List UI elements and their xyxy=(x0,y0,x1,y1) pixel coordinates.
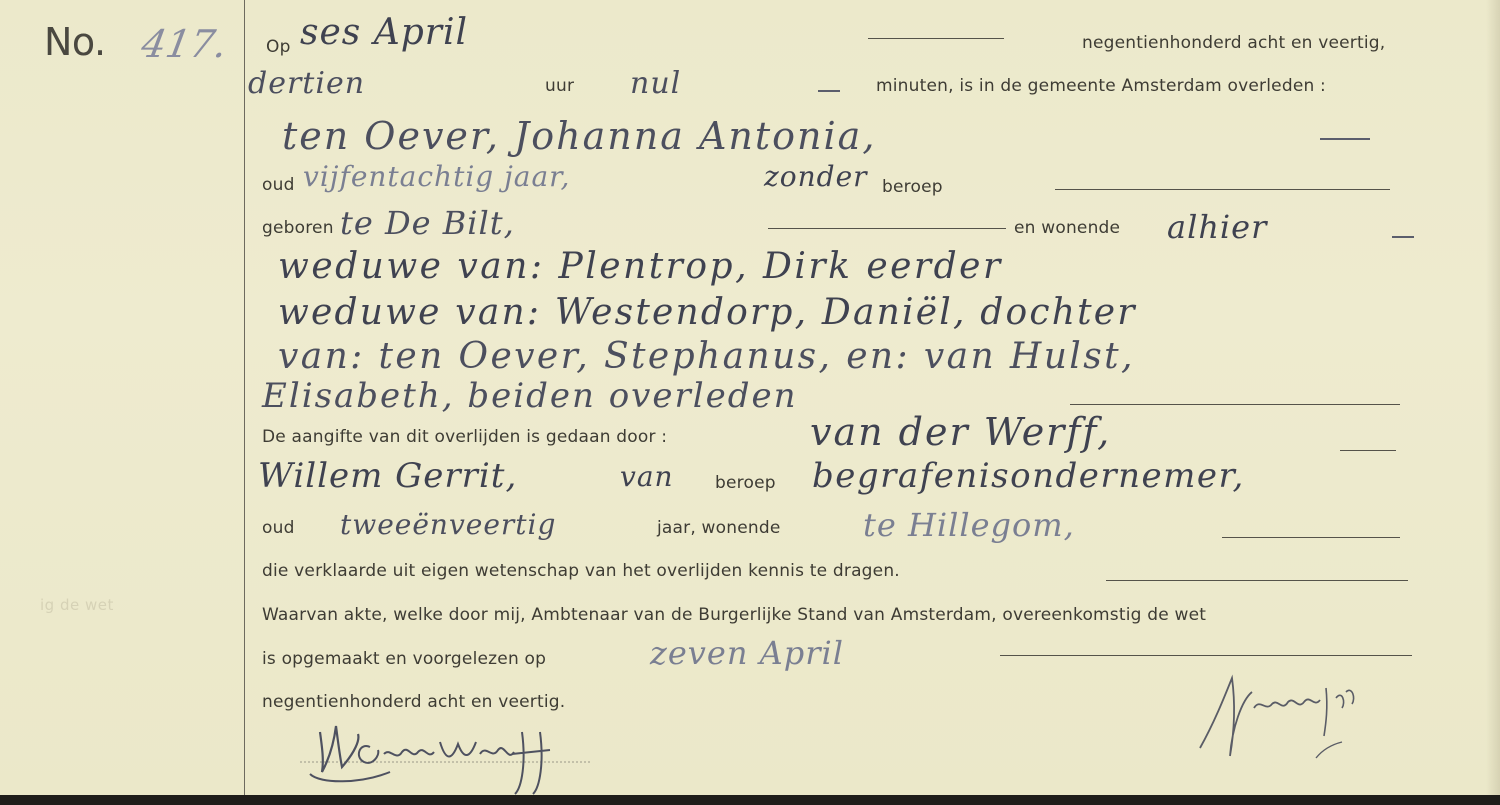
handwritten-declarant-residence: te Hillegom, xyxy=(863,506,1075,544)
handwritten-declarant-age: tweeënveertig xyxy=(340,508,556,541)
bleed-through-text: ig de wet xyxy=(40,596,114,614)
printed-van-beroep: beroep xyxy=(715,473,776,493)
handwritten-declarant-van: van xyxy=(620,460,674,493)
handwritten-hour: dertien xyxy=(248,66,365,101)
printed-op: Op xyxy=(266,37,291,57)
signature-official-icon xyxy=(1196,668,1436,768)
record-number-label: No. xyxy=(44,20,106,64)
handwritten-parents-line: van: ten Oever, Stephanus, en: van Hulst… xyxy=(278,336,1135,377)
fill-line xyxy=(1070,404,1400,405)
handwritten-residence: alhier xyxy=(1167,208,1267,246)
handwritten-birthplace: te De Bilt, xyxy=(340,204,515,242)
printed-jaar-wonende: jaar, wonende xyxy=(657,518,781,538)
printed-minuten: minuten, is in de gemeente Amsterdam ove… xyxy=(876,76,1326,96)
book-binding-edge xyxy=(0,795,1500,805)
record-page: ig de wet No. 417. Op ses April negentie… xyxy=(0,0,1500,795)
dash xyxy=(1320,138,1370,140)
handwritten-widow-line-2: weduwe van: Westendorp, Daniël, dochter xyxy=(278,292,1137,333)
handwritten-widow-line-1: weduwe van: Plentrop, Dirk eerder xyxy=(278,246,1003,287)
handwritten-record-date: zeven April xyxy=(650,634,844,672)
printed-verklaarde: die verklaarde uit eigen wetenschap van … xyxy=(262,561,900,581)
handwritten-occupation: zonder xyxy=(764,160,868,193)
printed-waarvan: Waarvan akte, welke door mij, Ambtenaar … xyxy=(262,605,1206,625)
record-number: 417. xyxy=(138,22,230,66)
handwritten-mother-line: Elisabeth, beiden overleden xyxy=(262,376,798,416)
printed-geboren: geboren xyxy=(262,218,334,238)
handwritten-declarant-surname: van der Werff, xyxy=(810,410,1111,454)
fill-line xyxy=(1222,537,1400,538)
signature-declarant-icon xyxy=(300,712,640,797)
dash xyxy=(1392,236,1414,238)
page-edge-shadow xyxy=(1486,0,1500,795)
printed-year-line1: negentienhonderd acht en veertig, xyxy=(1082,33,1385,53)
printed-beroep: beroep xyxy=(882,177,943,197)
handwritten-age: vijfentachtig jaar, xyxy=(303,160,570,193)
printed-aangifte: De aangifte van dit overlijden is gedaan… xyxy=(262,427,667,447)
printed-uur: uur xyxy=(545,76,574,96)
handwritten-day: ses April xyxy=(300,12,468,53)
margin-divider xyxy=(244,0,245,795)
official-signature xyxy=(1196,668,1436,768)
fill-line xyxy=(1106,580,1408,581)
printed-opgemaakt: is opgemaakt en voorgelezen op xyxy=(262,649,546,669)
handwritten-declarant-occupation: begrafenisondernemer, xyxy=(812,456,1245,496)
dash xyxy=(818,90,840,92)
fill-line xyxy=(1055,189,1390,190)
printed-wonende: en wonende xyxy=(1014,218,1120,238)
handwritten-minutes: nul xyxy=(630,66,681,101)
printed-oud-2: oud xyxy=(262,518,295,538)
printed-year-closing: negentienhonderd acht en veertig. xyxy=(262,692,565,712)
handwritten-deceased-name: ten Oever, Johanna Antonia, xyxy=(282,114,876,158)
fill-line xyxy=(1340,450,1396,451)
fill-line xyxy=(768,228,1006,229)
handwritten-declarant-given: Willem Gerrit, xyxy=(258,456,517,496)
printed-oud: oud xyxy=(262,175,295,195)
declarant-signature xyxy=(300,712,640,797)
fill-line xyxy=(868,38,1004,39)
fill-line xyxy=(1000,655,1412,656)
